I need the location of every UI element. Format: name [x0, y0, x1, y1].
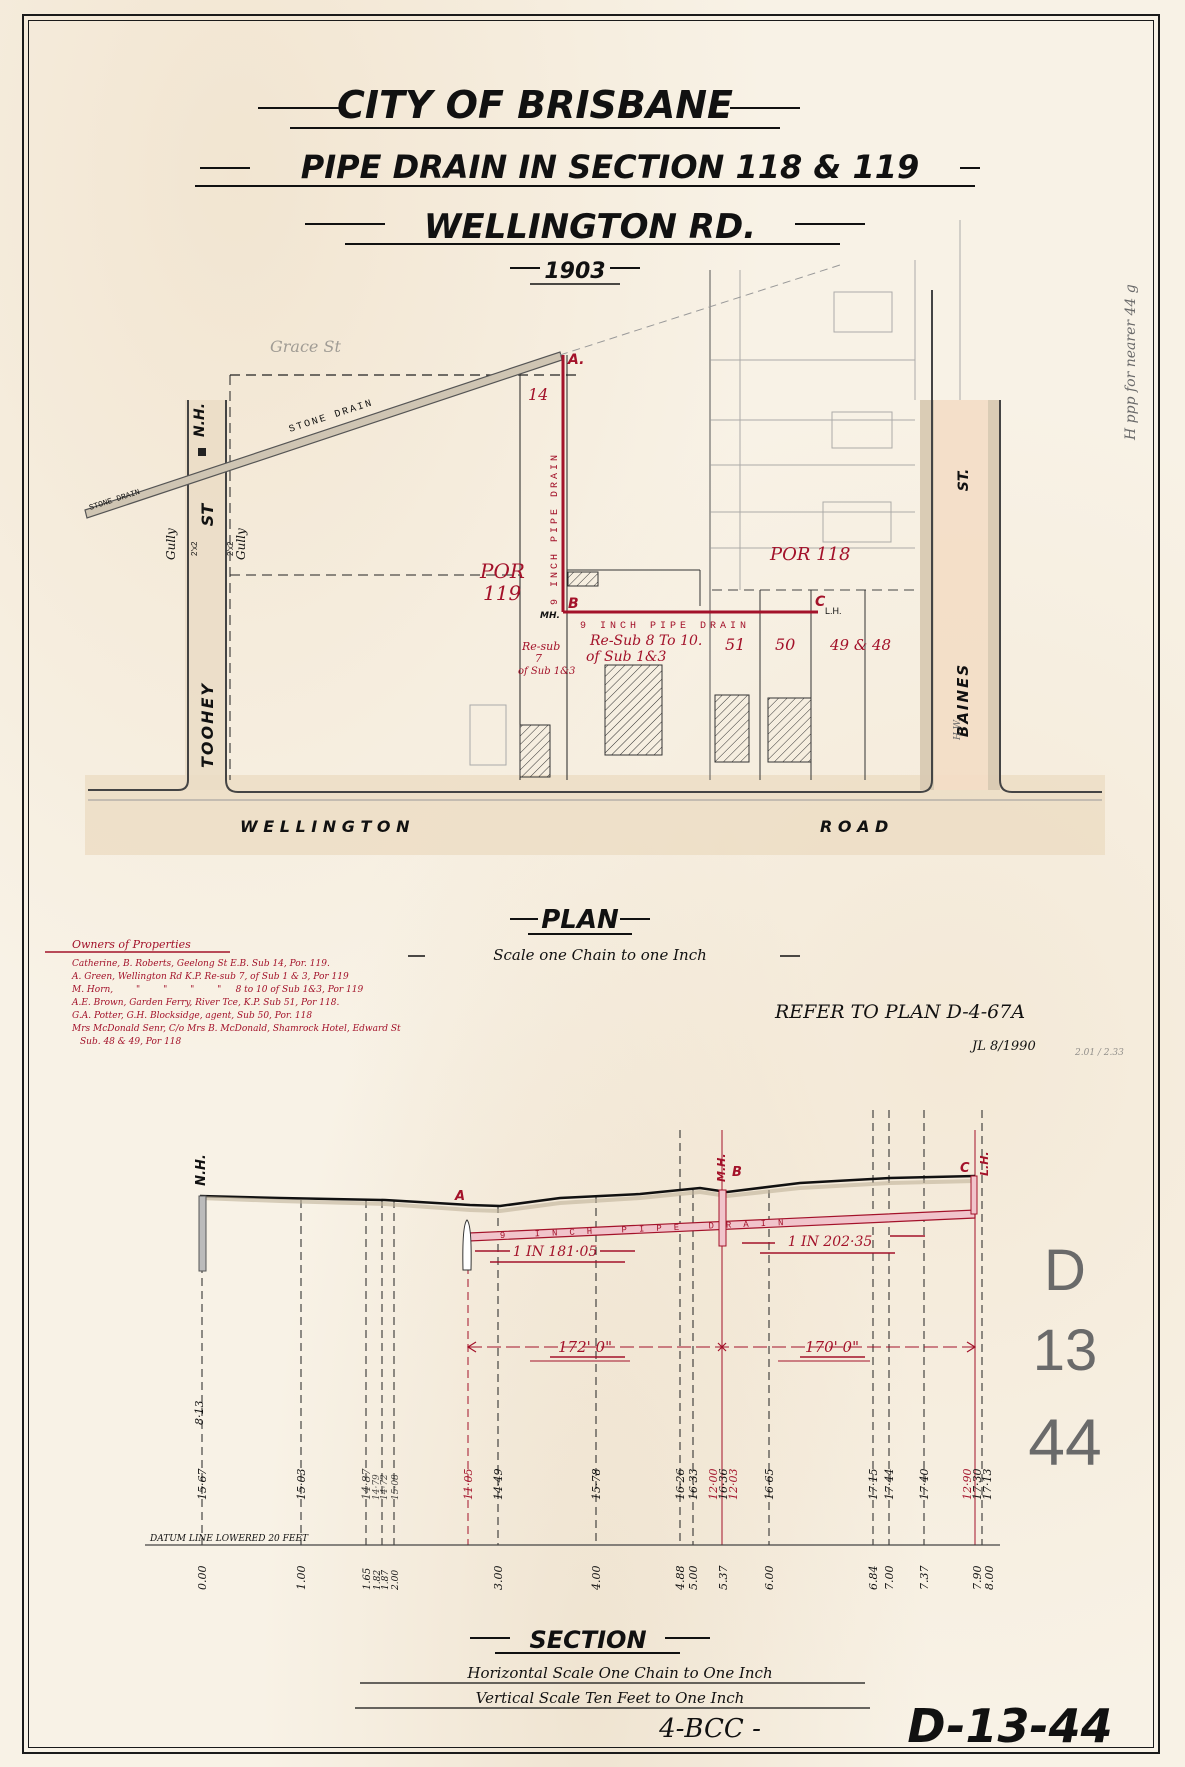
lot-50-label: 50	[775, 635, 795, 654]
grace-street-label: Grace St	[270, 337, 341, 356]
building	[605, 665, 662, 755]
section-heading: SECTION	[529, 1626, 646, 1654]
section-point-c: C	[960, 1161, 970, 1176]
initials-date-note: JL 8/1990	[969, 1039, 1036, 1054]
manhole-label: MH.	[540, 611, 560, 621]
station-chainage: 1.00	[295, 1566, 308, 1591]
station-level: 15·78	[590, 1469, 603, 1501]
station-level: 14·72	[380, 1474, 390, 1500]
drawing-canvas: CITY OF BRISBANE PIPE DRAIN IN SECTION 1…	[0, 0, 1185, 1767]
section-profile: 9 INCH PIPE DRAIN N.H. A M.H. B C L.H. 1…	[145, 1110, 1000, 1591]
building	[520, 725, 550, 777]
gully-dim-right: 2'x2	[226, 541, 235, 556]
station-level: 16·33	[687, 1469, 700, 1501]
resub-8-10-label: Re-Sub 8 To 10.	[589, 633, 702, 649]
station-chainage: 1.65	[362, 1568, 373, 1590]
station-level: 16·65	[763, 1469, 776, 1501]
owners-of-properties: Owners of Properties Catherine, B. Rober…	[45, 938, 401, 1047]
lot-49-48-label: 49 & 48	[829, 636, 891, 654]
title-block: CITY OF BRISBANE PIPE DRAIN IN SECTION 1…	[195, 83, 980, 284]
section-heading-block: SECTION Horizontal Scale One Chain to On…	[355, 1626, 870, 1708]
pencil-ref-d: D	[1044, 1238, 1086, 1303]
bcc-reference: 4-BCC -	[658, 1714, 761, 1744]
toohey-street-label: TOOHEY	[198, 682, 217, 768]
station-chainage: 7.37	[918, 1566, 931, 1591]
building	[715, 695, 749, 762]
station-chainage: 5.00	[687, 1566, 700, 1591]
station-chainage: 2.00	[391, 1570, 401, 1591]
station-level: 17·13	[981, 1469, 994, 1501]
owner-row: A. Green, Wellington Rd K.P. Re-sub 7, o…	[71, 972, 349, 982]
plan-number: D-13-44	[907, 1699, 1112, 1753]
owner-row: A.E. Brown, Garden Ferry, River Tce, K.P…	[71, 998, 339, 1008]
station-chainage: 7.00	[883, 1566, 896, 1591]
station-level: 17·15	[867, 1469, 880, 1501]
subtitle: PIPE DRAIN IN SECTION 118 & 119	[301, 148, 919, 186]
plan-heading: PLAN	[541, 905, 619, 935]
section-pipe-label: 9 INCH PIPE DRAIN	[500, 1218, 796, 1241]
station-chainage: 5.37	[717, 1566, 730, 1591]
station-level: 17·40	[918, 1469, 931, 1501]
building	[768, 698, 811, 762]
plan-scale: Scale one Chain to one Inch	[493, 946, 707, 964]
station-chainage: 6.00	[763, 1566, 776, 1591]
wellington-road-label: W E L L I N G T O N	[240, 817, 410, 836]
station-chainage: 6.84	[867, 1566, 880, 1591]
refer-to-plan-note: REFER TO PLAN D-4-67A	[774, 1001, 1025, 1023]
station-chainage: 4.88	[674, 1566, 687, 1592]
point-a-label: A.	[567, 352, 584, 368]
station-invert-level: 12·03	[727, 1469, 740, 1501]
station-level: 16·26	[674, 1469, 687, 1501]
station-chainage: 8.00	[983, 1566, 996, 1591]
section-point-b: B	[732, 1165, 742, 1180]
lot-14-label: 14	[528, 385, 548, 404]
portion-118-label: POR 118	[769, 544, 851, 565]
resub-7-of: of Sub 1&3	[518, 666, 575, 677]
pencil-side-note: H ppp for nearer 44 g	[1123, 284, 1139, 441]
gully-label-right: Gully	[234, 528, 248, 560]
station-level: 17·44	[883, 1469, 896, 1501]
station-chainage: 1.87	[381, 1570, 391, 1590]
title: CITY OF BRISBANE	[337, 83, 733, 127]
station-chainage: 3.00	[492, 1566, 505, 1591]
point-b-label: B	[568, 596, 579, 612]
gully-dim-left: 2'x2	[190, 541, 199, 556]
section-nh-label: N.H.	[194, 1154, 209, 1186]
owners-heading: Owners of Properties	[72, 938, 191, 951]
building	[568, 572, 598, 586]
nh-marker-label: N.H.	[192, 403, 208, 437]
station-level: 15·08	[391, 1474, 401, 1500]
station-invert-level: 11·05	[462, 1469, 475, 1501]
horizontal-scale-label: Horizontal Scale One Chain to One Inch	[466, 1664, 772, 1682]
owner-row: Catherine, B. Roberts, Geelong St E.B. S…	[72, 959, 330, 969]
gully-label-left: Gully	[164, 528, 178, 560]
pencil-calc-note: 2.01 / 2.33	[1074, 1048, 1124, 1058]
year: 1903	[544, 259, 605, 284]
owner-row: Mrs McDonald Senr, C/o Mrs B. McDonald, …	[71, 1024, 401, 1034]
lamphole-label: L.H.	[825, 606, 842, 616]
owner-row: Sub. 48 & 49, Por 118	[80, 1037, 182, 1047]
station-level: 14·49	[492, 1469, 505, 1501]
plan-heading-block: PLAN Scale one Chain to one Inch	[408, 905, 800, 964]
resub-7-number: 7	[535, 652, 542, 665]
resub-8-10-of: of Sub 1&3	[586, 649, 666, 665]
branch-drain-label: 9 INCH PIPE DRAIN	[550, 452, 561, 605]
station-chainage: 0.00	[196, 1566, 209, 1591]
start-level-label: 8·13	[193, 1401, 206, 1426]
grade-2-label: 1 IN 202·35	[788, 1234, 873, 1250]
station-level: 15·67	[196, 1469, 209, 1501]
dimension-170-label: 170' 0"	[805, 1338, 859, 1356]
lot-51-label: 51	[725, 635, 745, 654]
section-point-a: A	[454, 1189, 465, 1204]
hw-label: H.W.	[953, 719, 963, 741]
section-lh-label: L.H.	[978, 1151, 991, 1176]
station-level: 15·03	[295, 1469, 308, 1501]
station-chainage: 4.00	[590, 1566, 603, 1592]
owner-row: M. Horn, " " " " 8 to 10 of Sub 1&3, Por…	[71, 985, 363, 995]
dimension-172-label: 172' 0"	[558, 1338, 612, 1356]
toohey-st-label: ST	[198, 503, 217, 527]
plan-drawing: STONE DRAIN STONE DRAIN Grace St N.H. ST…	[85, 220, 1139, 855]
vertical-scale-label: Vertical Scale Ten Feet to One Inch	[476, 1689, 745, 1707]
datum-line-label: DATUM LINE LOWERED 20 FEET	[149, 1534, 309, 1544]
section-mh-label: M.H.	[715, 1153, 728, 1182]
stone-drain: STONE DRAIN STONE DRAIN	[85, 265, 840, 518]
main-drain-label: 9 INCH PIPE DRAIN	[580, 621, 750, 632]
pencil-ref-44: 44	[1028, 1405, 1101, 1479]
baines-st-label: ST.	[956, 469, 972, 492]
portion-119-label: POR	[479, 559, 525, 583]
grade-1-label: 1 IN 181·05	[513, 1244, 598, 1260]
street-title: WELLINGTON RD.	[424, 207, 756, 247]
road-label: R O A D	[820, 817, 888, 836]
pencil-ref-13: 13	[1033, 1318, 1098, 1383]
portion-119-number: 119	[483, 581, 521, 605]
owner-row: G.A. Potter, G.H. Blocksidge, agent, Sub…	[72, 1011, 312, 1021]
